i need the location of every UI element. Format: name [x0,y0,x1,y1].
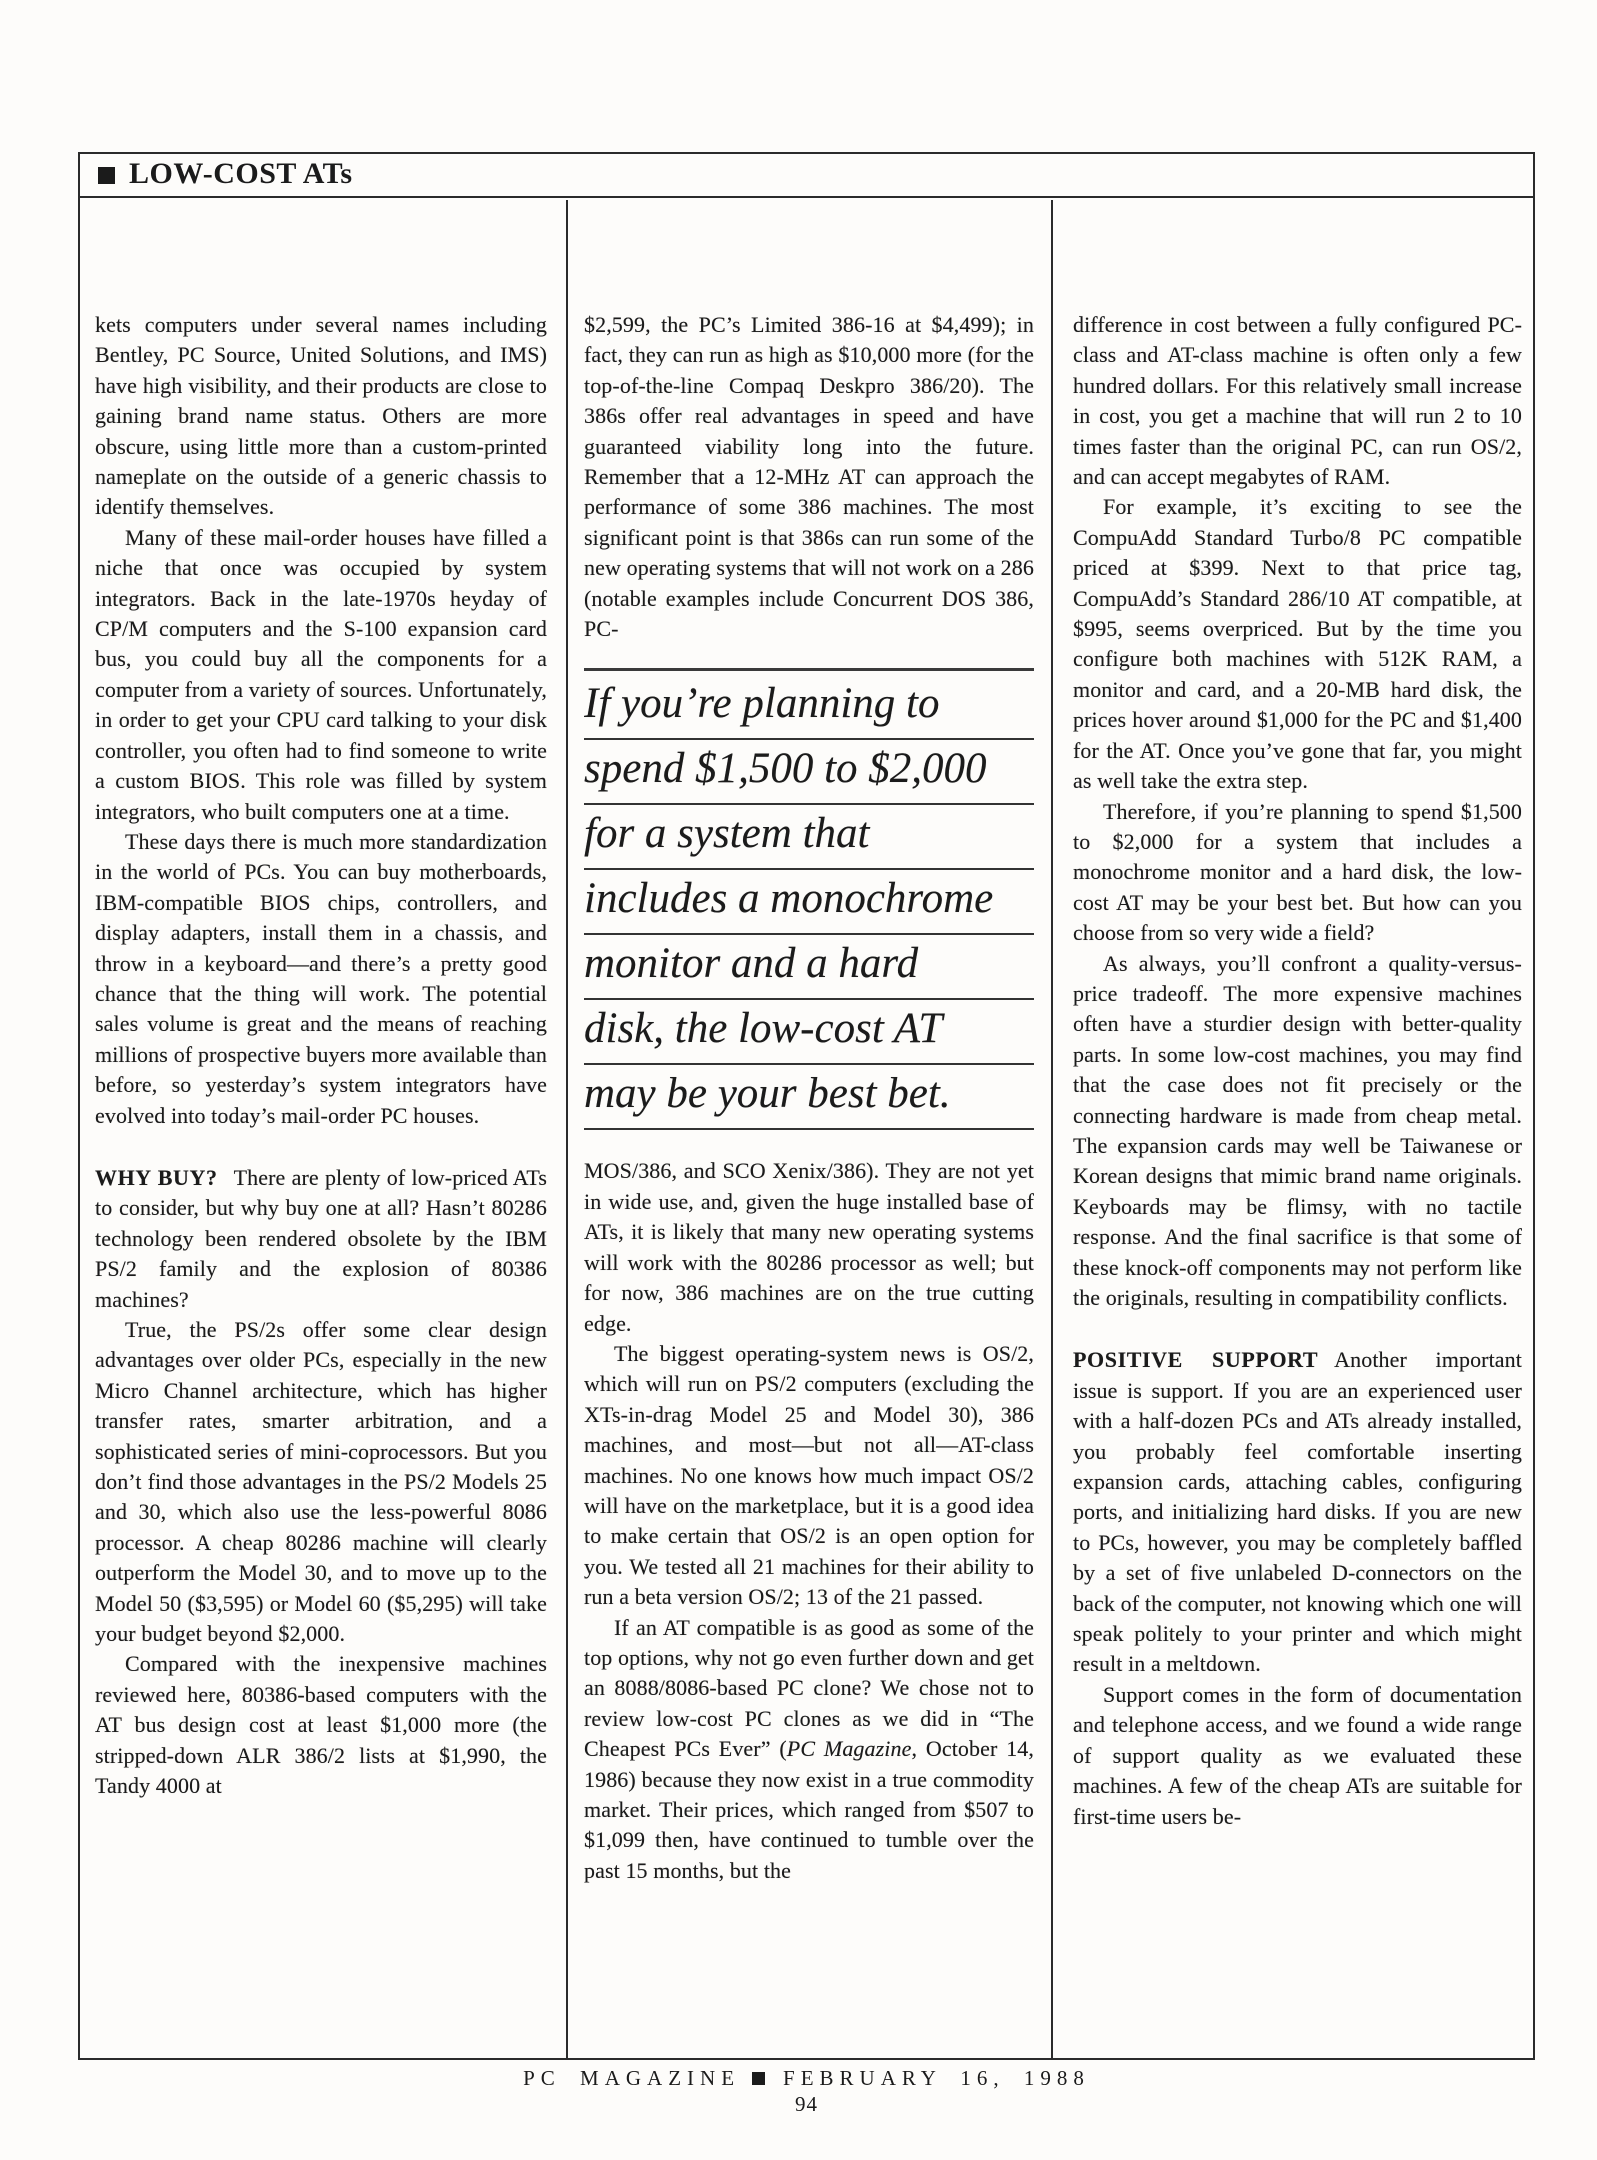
pull-quote-line: includes a monochrome [584,870,1034,935]
paragraph: kets computers under several names inclu… [95,310,547,523]
pull-quote-line: for a system that [584,805,1034,870]
article-section-title: LOW-COST ATs [129,157,353,191]
paragraph: difference in cost between a fully confi… [1073,310,1522,492]
column-1: kets computers under several names inclu… [95,310,547,2050]
section-header: LOW-COST ATs [80,154,1533,198]
paragraph: For example, it’s exciting to see the Co… [1073,492,1522,796]
footer-magazine-name: PC MAGAZINE [523,2066,740,2090]
pull-quote-line: may be your best bet. [584,1065,1034,1130]
footer-bullet-icon [752,2072,765,2085]
section-heading-why-buy: WHY BUY? [95,1165,218,1190]
paragraph: Therefore, if you’re planning to spend $… [1073,797,1522,949]
pull-quote-line: monitor and a hard [584,935,1034,1000]
paragraph: Support comes in the form of documentati… [1073,1680,1522,1832]
page-footer: PC MAGAZINEFEBRUARY 16, 1988 94 [78,2066,1535,2117]
column-divider [566,200,568,2058]
paragraph: $2,599, the PC’s Limited 386-16 at $4,49… [584,310,1034,644]
paragraph: The biggest operating-system news is OS/… [584,1339,1034,1613]
magazine-page: LOW-COST ATs kets computers under severa… [0,0,1597,2160]
column-divider [1051,200,1053,2058]
footer-folio: PC MAGAZINEFEBRUARY 16, 1988 [78,2066,1535,2091]
pull-quote-line: spend $1,500 to $2,000 [584,740,1034,805]
page-number: 94 [78,2092,1535,2117]
section-heading-positive-support: POSITIVE SUPPORT [1073,1347,1318,1372]
pull-quote-line: disk, the low-cost AT [584,1000,1034,1065]
paragraph: These days there is much more standardiz… [95,827,547,1131]
paragraph: If an AT compatible is as good as some o… [584,1613,1034,1887]
paragraph: As always, you’ll confront a quality-ver… [1073,949,1522,1314]
pull-quote-line: If you’re planning to [584,675,1034,740]
paragraph: Compared with the inexpensive machines r… [95,1649,547,1801]
column-2: $2,599, the PC’s Limited 386-16 at $4,49… [584,310,1034,2050]
paragraph-positive-support: POSITIVE SUPPORTAnother important issue … [1073,1345,1522,1679]
magazine-name-italic: PC Magazine [787,1736,912,1761]
column-3: difference in cost between a fully confi… [1073,310,1522,2050]
paragraph: Many of these mail-order houses have fil… [95,523,547,827]
footer-date: FEBRUARY 16, 1988 [783,2066,1090,2090]
square-bullet-icon [98,167,115,184]
paragraph-text: Another important issue is support. If y… [1073,1347,1522,1676]
paragraph: MOS/386, and SCO Xenix/386). They are no… [584,1156,1034,1338]
article-frame: LOW-COST ATs kets computers under severa… [78,152,1535,2060]
paragraph: True, the PS/2s offer some clear design … [95,1315,547,1649]
paragraph-why-buy: WHY BUY?There are plenty of low-priced A… [95,1163,547,1315]
pull-quote: If you’re planning to spend $1,500 to $2… [584,668,1034,1130]
